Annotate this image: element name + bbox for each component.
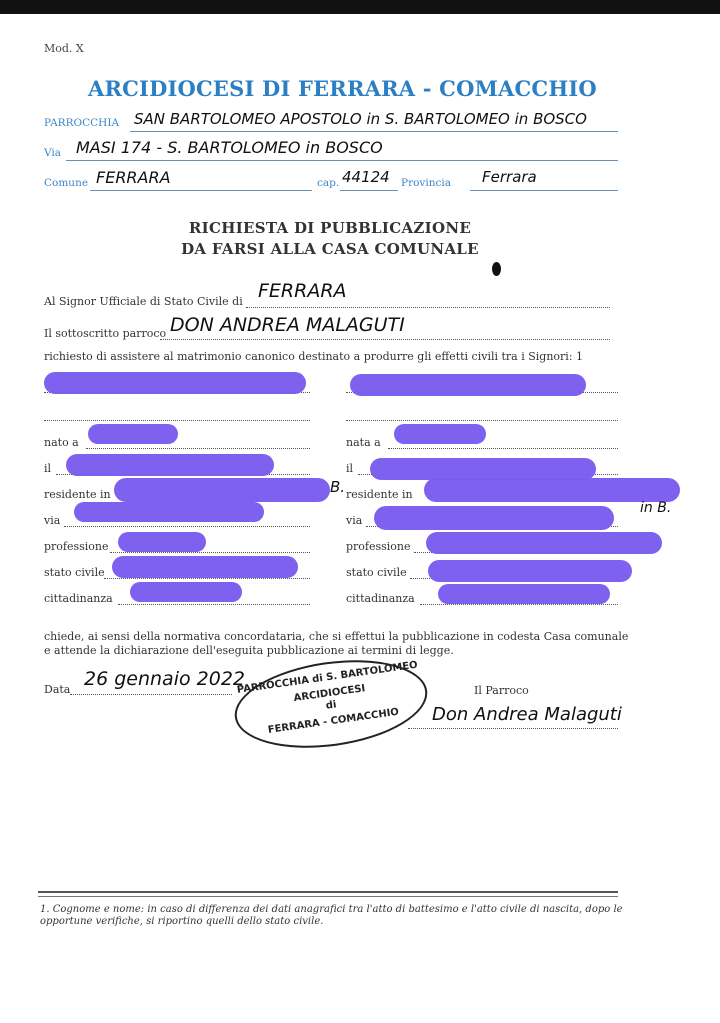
groom-street-label: via: [44, 514, 60, 527]
parrocchia-label: PARROCCHIA: [44, 117, 119, 129]
bride-date-label: il: [346, 462, 353, 475]
bride-born-redaction: [394, 424, 486, 444]
comune-underline: [90, 190, 312, 191]
ink-dot: [492, 262, 501, 276]
parrocchia-value: SAN BARTOLOMEO APOSTOLO in S. BARTOLOMEO…: [134, 110, 587, 128]
groom-born-redaction: [88, 424, 178, 444]
footer-rule-thin: [38, 896, 618, 897]
heading-line1: RICHIESTA DI PUBBLICAZIONE: [0, 219, 660, 237]
cap-label: cap.: [317, 177, 339, 189]
bride-status-redaction: [428, 560, 632, 582]
parroco-dots: [160, 339, 610, 340]
via-label: Via: [44, 147, 61, 159]
bride-residence-label: residente in: [346, 488, 413, 501]
cap-underline: [340, 190, 398, 191]
bride-born-dots: [388, 448, 618, 449]
groom-residence-redaction: [114, 478, 330, 502]
groom-profession-redaction: [118, 532, 206, 552]
groom-status-label: stato civile: [44, 566, 105, 579]
bride-citizenship-label: cittadinanza: [346, 592, 415, 605]
signature-dots: [408, 728, 618, 729]
groom-status-dots: [104, 578, 310, 579]
parroco-signature: Don Andrea Malaguti: [432, 704, 622, 725]
closing-line1: chiede, ai sensi della normativa concord…: [44, 630, 628, 643]
parrocchia-underline: [130, 131, 618, 132]
bride-profession-redaction: [426, 532, 662, 554]
addressee-label: Al Signor Ufficiale di Stato Civile di: [44, 295, 243, 308]
addressee-value: FERRARA: [258, 280, 347, 302]
groom-profession-label: professione: [44, 540, 109, 553]
date-label: Data: [44, 683, 70, 696]
groom-citizenship-label: cittadinanza: [44, 592, 113, 605]
header-title: ARCIDIOCESI DI FERRARA - COMACCHIO: [88, 76, 597, 101]
date-dots: [70, 694, 232, 695]
bride-profession-label: professione: [346, 540, 411, 553]
groom-street-redaction: [74, 502, 264, 522]
heading-line2: DA FARSI ALLA CASA COMUNALE: [0, 240, 660, 258]
bride-name-dots-2: [346, 420, 618, 421]
footer-rule: [38, 891, 618, 893]
footnote: 1. Cognome e nome: in caso di differenza…: [40, 904, 630, 928]
bride-status-label: stato civile: [346, 566, 407, 579]
provincia-underline: [470, 190, 618, 191]
request-text: richiesto di assistere al matrimonio can…: [44, 350, 583, 363]
groom-citizenship-dots: [118, 604, 310, 605]
model-label: Mod. X: [44, 42, 84, 55]
provincia-label: Provincia: [401, 177, 451, 189]
groom-profession-dots: [110, 552, 310, 553]
groom-name-redaction: [44, 372, 306, 394]
top-black-bar: [0, 0, 720, 14]
bride-residence-redaction: [424, 478, 680, 502]
date-value: 26 gennaio 2022: [84, 668, 245, 690]
groom-residence-label: residente in: [44, 488, 111, 501]
bride-date-redaction: [370, 458, 596, 480]
groom-name-dots-2: [44, 420, 310, 421]
groom-residence-suffix: B.: [330, 478, 345, 496]
comune-label: Comune: [44, 177, 88, 189]
parish-stamp: PARROCCHIA di S. BARTOLOMEO ARCIDIOCESI …: [229, 649, 433, 759]
via-underline: [66, 160, 618, 161]
groom-born-dots: [86, 448, 310, 449]
comune-value: FERRARA: [96, 168, 171, 187]
groom-born-label: nato a: [44, 436, 79, 449]
bride-citizenship-dots: [420, 604, 618, 605]
bride-born-label: nata a: [346, 436, 381, 449]
groom-status-redaction: [112, 556, 298, 578]
groom-date-label: il: [44, 462, 51, 475]
via-value: MASI 174 - S. BARTOLOMEO in BOSCO: [76, 138, 383, 157]
groom-date-redaction: [66, 454, 274, 476]
groom-street-dots: [64, 526, 310, 527]
parroco-label: Il sottoscritto parroco: [44, 327, 166, 340]
addressee-dots: [246, 307, 610, 308]
cap-value: 44124: [342, 168, 390, 186]
bride-street-redaction: [374, 506, 614, 530]
bride-citizenship-redaction: [438, 584, 610, 604]
parroco-signature-label: Il Parroco: [474, 684, 529, 697]
provincia-value: Ferrara: [482, 168, 537, 186]
bride-name-redaction: [350, 374, 586, 396]
bride-street-label: via: [346, 514, 362, 527]
closing-line2: e attende la dichiarazione dell'eseguita…: [44, 644, 454, 657]
bride-street-suffix: in B.: [640, 500, 671, 516]
groom-citizenship-redaction: [130, 582, 242, 602]
parroco-value: DON ANDREA MALAGUTI: [170, 314, 405, 336]
